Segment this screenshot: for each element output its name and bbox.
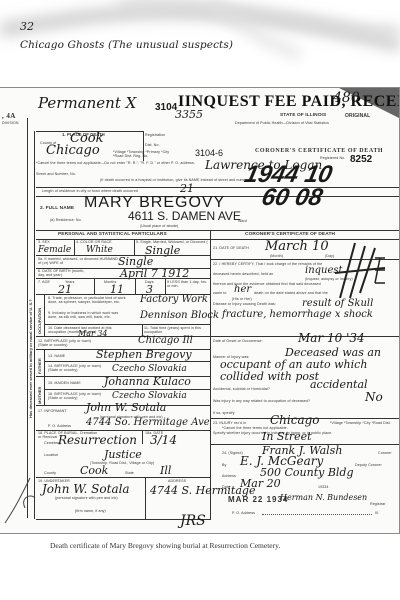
ref-code: 3104-6 [195, 148, 223, 158]
date-signed: Mar 20 [240, 477, 281, 490]
location-value: Justice [104, 448, 142, 461]
informant-address-label: P. O. Address [48, 424, 71, 428]
personal-section-header: PERSONAL AND STATISTICAL PARTICULARS [58, 232, 167, 237]
divider [165, 278, 166, 294]
pronoun-value: her [234, 284, 251, 295]
large-stamp-2: 60 08 [259, 184, 325, 212]
permanent-annotation: Permanent X [38, 94, 136, 112]
figure-caption: Death certificate of Mary Bregovy showin… [50, 541, 280, 550]
birthplace-value: Chicago Ill [138, 335, 193, 346]
work-related-label: Was injury in any way related to occupat… [213, 399, 310, 403]
divider [44, 324, 210, 325]
father-name: Stephen Bregovy [96, 348, 192, 361]
copy-type: ORIGINAL [345, 113, 370, 119]
injury-place-label: 23. INJURY rec'd in [213, 421, 246, 425]
certify-text-3: thereon and from the evidence obtained f… [213, 282, 321, 286]
father-birth-label: 14. BIRTHPLACE (city or town) (State or … [48, 364, 103, 372]
divider [44, 294, 45, 336]
receipt-ref2: 3355 [175, 108, 203, 121]
street-label: Street and Number, No. [36, 172, 76, 176]
divider [44, 349, 45, 405]
military-note: Has deceased ever served in military or … [28, 299, 33, 418]
sex-value: Female [38, 245, 71, 255]
inquest-stamp: IINQUEST FEE PAID, RECEIPT No. [178, 93, 400, 111]
residence: 4611 S. DAMEN AVE [128, 209, 241, 223]
firm-note: (firm name, if any) [75, 509, 106, 513]
sex-label: 3. SEX [38, 240, 50, 244]
age-label: 7. AGE [38, 280, 50, 284]
less-than-label: If LESS than 1 day, hrs. or min. [167, 280, 209, 288]
mother-maiden-label: 15. MAIDEN NAME [48, 381, 81, 385]
informant-address: 4744 So. Hermitage Ave [86, 417, 210, 428]
state-label: STATE OF ILLINOIS [280, 113, 326, 118]
dob-label: 6. DATE OF BIRTH (month, day, and year) [38, 269, 88, 277]
mother-side-label: MOTHER [37, 387, 42, 404]
father-name-label: 13. NAME [48, 354, 65, 358]
industry-label: 9. Industry or business in which work wa… [48, 311, 128, 319]
date-signed-label: Date [222, 485, 230, 489]
divider [135, 278, 136, 294]
hospital-note: (If death occurred in a hospital or inst… [100, 178, 250, 182]
specify-label: If so, specify: [213, 411, 235, 415]
receipt-ref: 3104 [155, 102, 177, 113]
month-label: (Month) [270, 254, 283, 258]
initials-signature: JRS [180, 513, 206, 529]
injury-place: Chicago [270, 413, 320, 427]
dotted-line [262, 514, 372, 515]
receipt-number: 480 [333, 90, 360, 106]
full-name-label: 2. FULL NAME [40, 206, 74, 211]
registered-no: 8252 [350, 154, 372, 165]
divider [36, 187, 400, 188]
certify-text-4: came to [213, 291, 226, 295]
page-number: 32 [20, 20, 34, 33]
ward-label: Ward [238, 219, 247, 223]
divider [36, 230, 400, 231]
undertaker-address-label: ADDRESS [168, 479, 186, 483]
mother-birth-label: 16. BIRTHPLACE (city or town) (State or … [48, 392, 103, 400]
city-value: Chicago [46, 143, 100, 158]
form-division: DIVISION [2, 121, 19, 125]
margin-scrawl [330, 238, 390, 308]
burial-state-label: State [125, 471, 134, 475]
onset-label: Date of Onset or Occurrence: [213, 339, 263, 343]
onset-value: Mar 10 '34 [298, 331, 365, 345]
undertaker-value: John W. Sotala [42, 482, 130, 496]
burial-county-label: County [44, 471, 56, 475]
form-number: , 4A [2, 112, 16, 120]
color-value: White [86, 245, 113, 255]
death-certificate: , 4A DIVISION Has deceased ever served i… [0, 87, 400, 534]
certify-text-5: death on the date stated above and that … [254, 291, 328, 295]
coroner-label: Coroner [378, 451, 392, 455]
work-related-value: No [365, 390, 383, 404]
residence-label: (a) Residence: No. [50, 218, 82, 222]
undertaker-sig-note: (personal signature with pen and ink) [55, 496, 118, 500]
department: Department of Public Health—Division of … [235, 121, 329, 125]
burial-state: Ill [160, 464, 171, 477]
color-label: 4. COLOR OR RACE [76, 240, 112, 244]
deputy-label: Deputy Coroner [355, 463, 382, 467]
po-state: Ill. [375, 511, 379, 515]
divider [44, 361, 210, 362]
cemetery-value: Resurrection [58, 433, 137, 447]
divider [74, 239, 75, 255]
divider [36, 477, 210, 478]
accidental-label: Accidental, suicidal or Homicidal? [213, 387, 270, 391]
father-side-label: FATHER [37, 358, 42, 374]
divider [94, 278, 95, 294]
left-scrawl [0, 468, 40, 528]
father-birth: Czecho Slovakia [112, 364, 187, 374]
divider [134, 239, 135, 255]
cancel-note: *Cancel the three terms not applicable—D… [36, 161, 195, 165]
po-address-label: P. O. Address [232, 511, 255, 515]
location-label: Location [44, 453, 58, 457]
industry-value: Dennison Block [140, 310, 219, 321]
informant-value: John W. Sotala [86, 401, 166, 414]
divider [44, 389, 210, 390]
column-divider [210, 230, 211, 520]
total-time-label: 11. Total time (years) spent in this occ… [144, 326, 209, 334]
occupation-value: Factory Work [140, 294, 208, 305]
spouse-label: 5a. If married, widowed, or divorced HUS… [38, 257, 118, 265]
informant-label: 17. INFORMANT [38, 409, 67, 413]
injury-village: *Village *Township *City *Road Dist. [330, 421, 395, 425]
burial-date: 3/14 [150, 433, 177, 447]
by-label: By [222, 463, 226, 467]
registrar-label: Registrar [370, 502, 385, 506]
running-head: Chicago Ghosts (The unusual suspects) [20, 39, 233, 51]
divider [142, 430, 143, 444]
frame-inner-line [34, 131, 35, 519]
date-of-death: March 10 [265, 239, 329, 254]
length-label: Length of residence in city or town wher… [42, 189, 138, 193]
registration-label: Registration [145, 133, 165, 137]
birthplace-label: 12. BIRTHPLACE (city or town) (State or … [38, 339, 93, 347]
mother-maiden: Johanna Kulaco [104, 375, 191, 388]
divider [36, 278, 210, 279]
registrar-signature: Herman N. Bundesen [280, 493, 367, 502]
registered-no-label: Registered No. [320, 156, 345, 160]
divider [145, 477, 146, 519]
village-note: *Village *Township *Primary *City *Road … [113, 150, 173, 158]
occupation-label: 8. Trade, profession, or particular kind… [48, 296, 128, 304]
coroner-section-header: CORONER'S CERTIFICATE OF DEATH [245, 232, 335, 237]
manner-value: Deceased was an occupant of an auto whic… [220, 347, 398, 383]
accidental-value: accidental [310, 378, 368, 391]
mother-birth: Czecho Slovakia [112, 391, 187, 401]
certify-text-2: deceased herein described, held an [213, 272, 273, 276]
coroner-address-label: Address [222, 474, 236, 478]
burial-county: Cook [80, 464, 108, 477]
year-value: 19334 [318, 485, 329, 489]
usual-abode: (Usual place of abode) [140, 224, 178, 228]
occupation-side-label: OCCUPATION [37, 308, 42, 334]
date-of-death-label: 21. DATE OF DEATH [213, 246, 249, 250]
where-value: In Street [262, 430, 312, 443]
dist-label: Dist. No. [145, 143, 160, 147]
